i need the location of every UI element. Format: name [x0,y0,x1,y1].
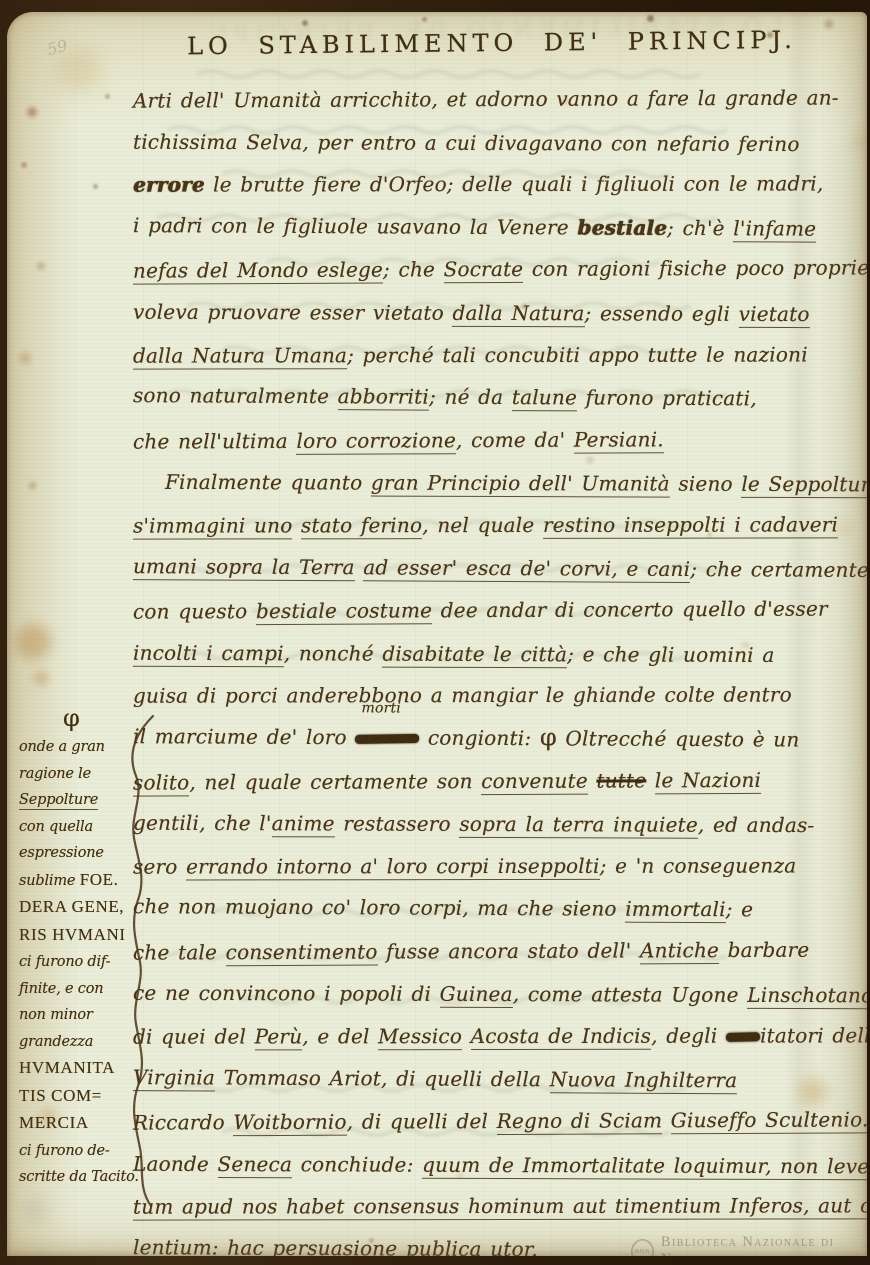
manuscript-line: Laonde Seneca conchiude: quum de Immorta… [133,1143,867,1188]
margin-insert-mark: φ [19,704,131,734]
manuscript-line: ci furono dif- [19,949,131,976]
manuscript-line: sono naturalmente abborriti; né da talun… [133,374,867,420]
manuscript-line: che tale consentimento fusse ancora stat… [133,928,867,974]
manuscript-line: finite, e con [19,976,131,1003]
manuscript-line: i padri con le figliuole usavano la Vene… [133,204,867,250]
manuscript-line: con quella [19,814,131,841]
manuscript-line: voleva pruovare esser vietato dalla Natu… [133,291,867,336]
superscript-correction: morti [361,701,401,715]
main-text-block: Arti dell' Umanità arricchito, et adorno… [133,78,867,1256]
manuscript-line: Seppolture [19,787,131,814]
manuscript-line: con questo bestiale costume dee andar di… [133,588,867,634]
manuscript-line: DERA GENE, [19,894,131,922]
manuscript-line: tichissima Selva, per entro a cui divaga… [133,120,867,165]
margin-note-block: φ onde a granragione leSeppolturecon que… [19,704,131,1191]
manuscript-line: onde a gran [19,734,131,761]
manuscript-line: ci furono de- [19,1138,131,1165]
manuscript-line: solito, nel quale certamente son convenu… [133,758,867,804]
stamp-label: Biblioteca Nazionale di Napoli [661,1234,867,1256]
manuscript-line: il marciume de' loro morti congionti: φ … [133,715,867,761]
manuscript-line: che non muojano co' loro corpi, ma che s… [133,885,867,931]
manuscript-line: TIS COM= [19,1083,131,1111]
manuscript-line: s'immagini uno stato ferino, nel quale r… [133,503,867,547]
manuscript-line: che nell'ultima loro corrozione, come da… [133,417,867,463]
margin-note-lines: onde a granragione leSeppolturecon quell… [19,734,131,1191]
manuscript-line: HVMANITA [19,1055,131,1083]
manuscript-line: sero errando intorno a' loro corpi insep… [133,844,867,888]
manuscript-line: espressione [19,840,131,867]
manuscript-line: ragione le [19,761,131,788]
manuscript-line: MERCIA [19,1110,131,1138]
manuscript-line: Riccardo Woitbornio, di quelli del Regno… [133,1099,867,1145]
manuscript-page: LO STABILIMENTO DE' PRINCIPJ. LO STABILI… [7,12,867,1256]
manuscript-line: nefas del Mondo eslege; che Socrate con … [133,247,867,293]
stamp-logo-icon: BNN [631,1239,654,1257]
manuscript-line: RIS HVMANI [19,922,131,950]
manuscript-line: di quei del Perù, e del Messico Acosta d… [133,1014,867,1058]
manuscript-scan: LO STABILIMENTO DE' PRINCIPJ. LO STABILI… [0,0,870,1265]
manuscript-line: Finalmente quanto gran Principio dell' U… [133,461,867,506]
manuscript-line: guisa di porci anderebbono a mangiar le … [133,674,867,718]
manuscript-line: dalla Natura Umana; perché tali concubit… [133,333,867,377]
manuscript-line: errore le brutte fiere d'Orfeo; delle qu… [133,163,867,207]
manuscript-line: scritte da Tacito. [19,1164,131,1191]
manuscript-line: ce ne convincono i popoli di Guinea, com… [133,972,867,1017]
ink-blot: morti [355,716,419,759]
manuscript-line: Arti dell' Umanità arricchito, et adorno… [133,76,867,122]
manuscript-line: sublime FOE. [19,867,131,895]
manuscript-line: grandezza [19,1029,131,1056]
manuscript-line: umani sopra la Terra ad esser' esca de' … [133,545,867,591]
library-stamp: BNN Biblioteca Nazionale di Napoli [631,1238,867,1256]
manuscript-line: incolti i campi, nonché disabitate le ci… [133,631,867,676]
manuscript-line: Virginia Tommaso Ariot, di quelli della … [133,1056,867,1102]
manuscript-line: tum apud nos habet consensus hominum aut… [133,1185,867,1229]
manuscript-line: gentili, che l'anime restassero sopra la… [133,802,867,847]
pencil-page-number: 59 [45,36,69,59]
ink-blot [726,1015,760,1058]
manuscript-line: non minor [19,1002,131,1029]
